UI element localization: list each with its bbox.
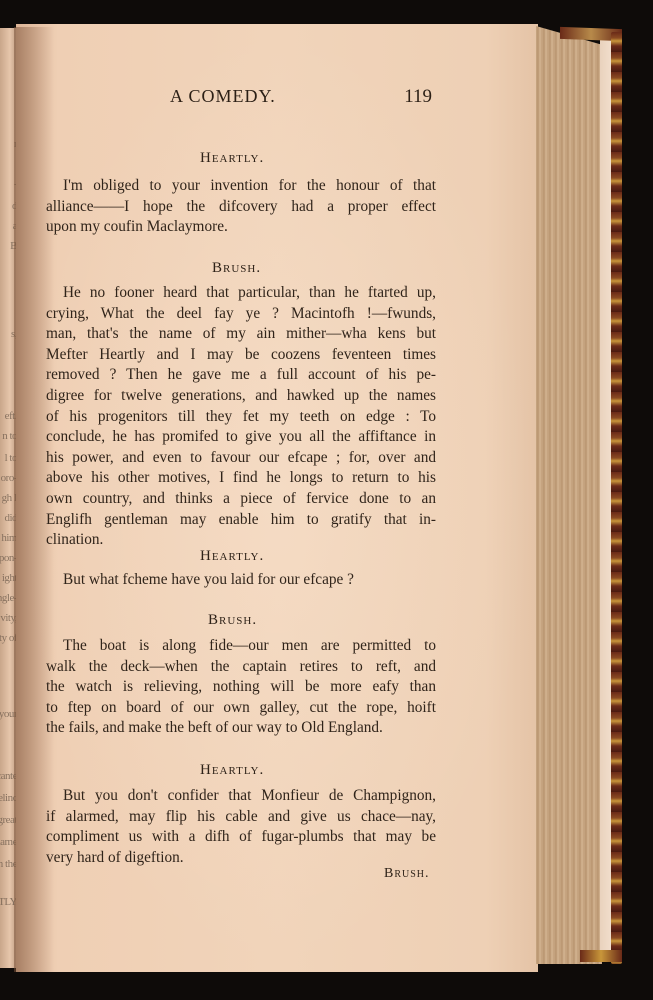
left-page-fragment: ight xyxy=(2,572,17,584)
left-page-fragment: oro- xyxy=(1,472,17,484)
left-page-fragment: RTLY xyxy=(0,896,17,908)
text-line: alliance——I hope the difcovery had a pro… xyxy=(46,197,436,218)
text-line: to ftep on board of our own galley, cut … xyxy=(46,698,436,719)
dialogue-paragraph: But you don't confider that Monfieur de … xyxy=(46,786,436,868)
text-line: crying, What the deel fay ye ? Macintofh… xyxy=(46,304,436,325)
text-line: upon my coufin Maclaymore. xyxy=(46,217,436,238)
dialogue-paragraph: The boat is along fide—our men are permi… xyxy=(46,636,436,739)
left-page-fragment: vity, xyxy=(0,612,17,624)
text-line: above his other motives, I find he longs… xyxy=(46,468,436,489)
text-line: the fails, and make the beft of our way … xyxy=(46,718,436,739)
text-line: conclude, he has promifed to give you al… xyxy=(46,427,436,448)
left-page-fragment: elinc xyxy=(0,792,17,804)
left-page-fragment: gh I xyxy=(2,492,17,504)
text-line: his power, and even to favour our efcape… xyxy=(46,448,436,469)
text-line: compliment us with a difh of fugar-plumb… xyxy=(46,827,436,848)
speaker-heading: Brush. xyxy=(212,260,261,277)
book-photograph: r - d a B s, eft. n to l to oro- gh I di… xyxy=(0,0,653,1000)
text-line: Englifh gentleman may enable him to grat… xyxy=(46,510,436,531)
text-line: removed ? Then he gave me a full account… xyxy=(46,365,436,386)
left-page-fragment: him xyxy=(1,532,17,544)
left-page-fragment: on the xyxy=(0,858,17,870)
text-line: if alarmed, may flip his cable and give … xyxy=(46,807,436,828)
text-line: own country, and thinks a piece of fervi… xyxy=(46,489,436,510)
text-line: the watch is relieving, nothing will be … xyxy=(46,677,436,698)
running-head: A COMEDY. 119 xyxy=(170,86,432,108)
speaker-heading: Heartly. xyxy=(200,762,264,779)
left-page-fragment: n to xyxy=(2,430,17,442)
text-line: But what fcheme have you laid for our ef… xyxy=(46,570,436,591)
text-line: very hard of digeftion. xyxy=(46,848,436,869)
text-line: But you don't confider that Monfieur de … xyxy=(46,786,436,807)
binding-bottom-corner xyxy=(580,950,622,962)
running-title: A COMEDY. xyxy=(170,86,276,107)
dialogue-paragraph: He no fooner heard that particular, than… xyxy=(46,283,436,551)
left-page-fragment: cante xyxy=(0,770,17,782)
text-line: digree for twelve generations, and hawke… xyxy=(46,386,436,407)
page-number: 119 xyxy=(404,86,432,108)
leather-binding-gilt xyxy=(611,32,622,964)
text-line: Mefter Heartly and I may be coozens feve… xyxy=(46,345,436,366)
text-line: The boat is along fide—our men are permi… xyxy=(46,636,436,657)
text-line: man, that's the name of my ain mither—wh… xyxy=(46,324,436,345)
dialogue-paragraph: But what fcheme have you laid for our ef… xyxy=(46,570,436,591)
left-page-fragment: ngle- xyxy=(0,592,17,604)
left-page-fragment: great xyxy=(0,814,17,826)
speaker-heading: Heartly. xyxy=(200,548,264,565)
left-page-fragment: ty of xyxy=(0,632,17,644)
text-line: of his progenitors till they fet my teet… xyxy=(46,407,436,428)
speaker-heading: Heartly. xyxy=(200,150,264,167)
dialogue-paragraph: I'm obliged to your invention for the ho… xyxy=(46,176,436,238)
left-page-fragment: your xyxy=(0,708,17,720)
left-page-fragment: name xyxy=(0,836,17,848)
text-line: He no fooner heard that particular, than… xyxy=(46,283,436,304)
text-line: walk the deck—when the captain retires t… xyxy=(46,657,436,678)
page-fore-edge xyxy=(536,26,602,964)
catchword: Brush. xyxy=(384,866,430,882)
speaker-heading: Brush. xyxy=(208,612,257,629)
text-line: I'm obliged to your invention for the ho… xyxy=(46,176,436,197)
left-page-fragment: pon- xyxy=(0,552,17,564)
